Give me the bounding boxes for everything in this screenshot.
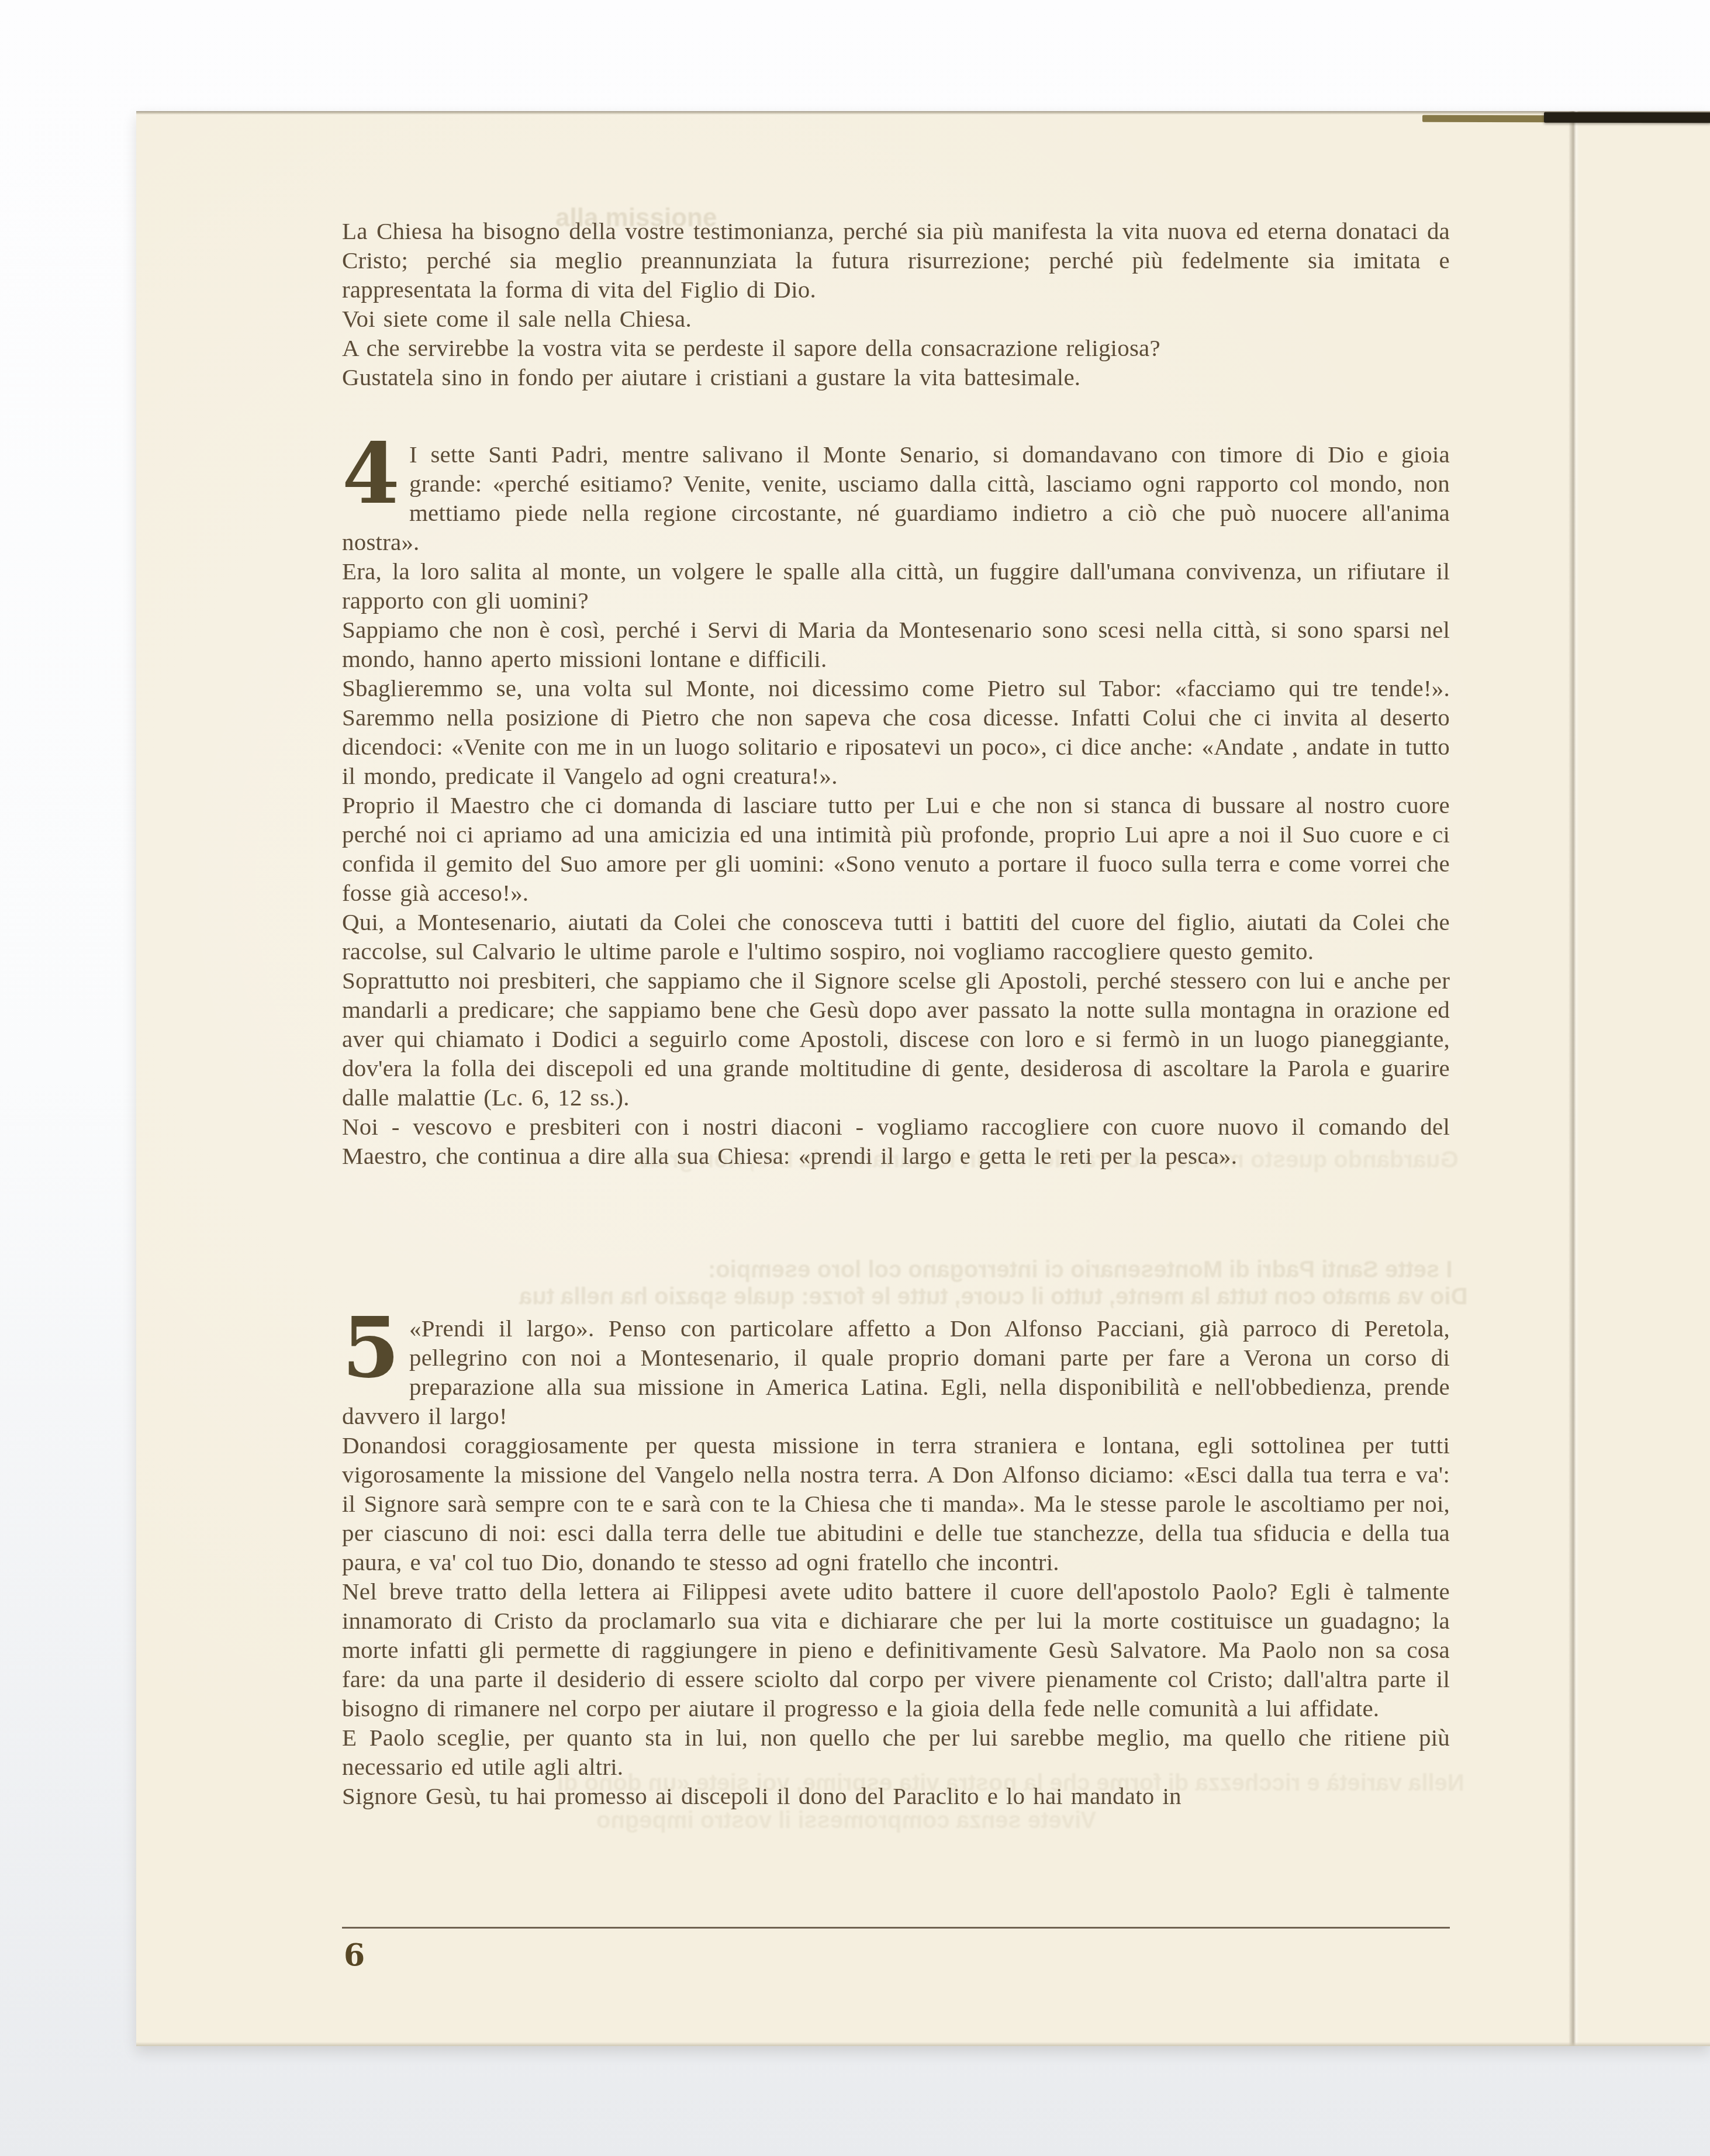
section-paragraph: 4I sette Santi Padri, mentre salivano il…	[342, 440, 1450, 557]
section-paragraph: Soprattutto noi presbiteri, che sappiamo…	[342, 966, 1450, 1112]
ghost-showthrough-line: Vivete senza compromessi il vostro impeg…	[596, 1808, 1096, 1834]
section-5-number: 5	[342, 1318, 400, 1374]
section-paragraph: Proprio il Maestro che ci domanda di las…	[342, 790, 1450, 907]
section-5-text-block: 5«Prendi il largo». Penso con particolar…	[342, 1314, 1450, 1811]
scanner-background: { "colors": { "paper": "#f5efdf", "ink":…	[0, 0, 1710, 2156]
footer-rule	[342, 1927, 1450, 1929]
intro-text-block: La Chiesa ha bisogno della vostre testim…	[342, 216, 1450, 392]
intro-paragraph: A che servirebbe la vostra vita se perde…	[342, 333, 1450, 362]
intro-paragraph: Voi siete come il sale nella Chiesa.	[342, 304, 1450, 333]
section-paragraph: Donandosi coraggiosamente per questa mis…	[342, 1431, 1450, 1577]
ghost-showthrough-line: I sette Santi Padri di Montesenario ci i…	[708, 1257, 1453, 1283]
page-number: 6	[344, 1937, 365, 1973]
section-paragraph: Qui, a Montesenario, aiutati da Colei ch…	[342, 907, 1450, 966]
intro-paragraph: La Chiesa ha bisogno della vostre testim…	[342, 216, 1450, 304]
section-paragraph: Noi - vescovo e presbiteri con i nostri …	[342, 1112, 1450, 1170]
section-4-number: 4	[342, 444, 400, 500]
section-paragraph-text: «Prendi il largo». Penso con particolare…	[342, 1315, 1450, 1429]
section-paragraph: Sappiamo che non è così, perché i Servi …	[342, 615, 1450, 673]
book-page-scan: alla missione Guardando questo monte, mo…	[136, 111, 1710, 2046]
ghost-showthrough-line: Dio va amato con tutta la mente, tutto i…	[519, 1284, 1467, 1310]
book-edge-dark	[1544, 112, 1710, 123]
section-paragraph: Sbaglieremmo se, una volta sul Monte, no…	[342, 673, 1450, 790]
section-paragraph-text: I sette Santi Padri, mentre salivano il …	[342, 441, 1450, 555]
page-fold-crease	[1569, 111, 1579, 2046]
section-4-text-block: 4I sette Santi Padri, mentre salivano il…	[342, 440, 1450, 1170]
book-edge-olive	[1422, 115, 1550, 123]
section-paragraph: 5«Prendi il largo». Penso con particolar…	[342, 1314, 1450, 1431]
section-paragraph: Signore Gesù, tu hai promesso ai discepo…	[342, 1781, 1450, 1811]
section-paragraph: Nel breve tratto della lettera ai Filipp…	[342, 1577, 1450, 1723]
intro-paragraph: Gustatela sino in fondo per aiutare i cr…	[342, 362, 1450, 392]
section-paragraph: Era, la loro salita al monte, un volgere…	[342, 557, 1450, 615]
section-paragraph: E Paolo sceglie, per quanto sta in lui, …	[342, 1723, 1450, 1781]
